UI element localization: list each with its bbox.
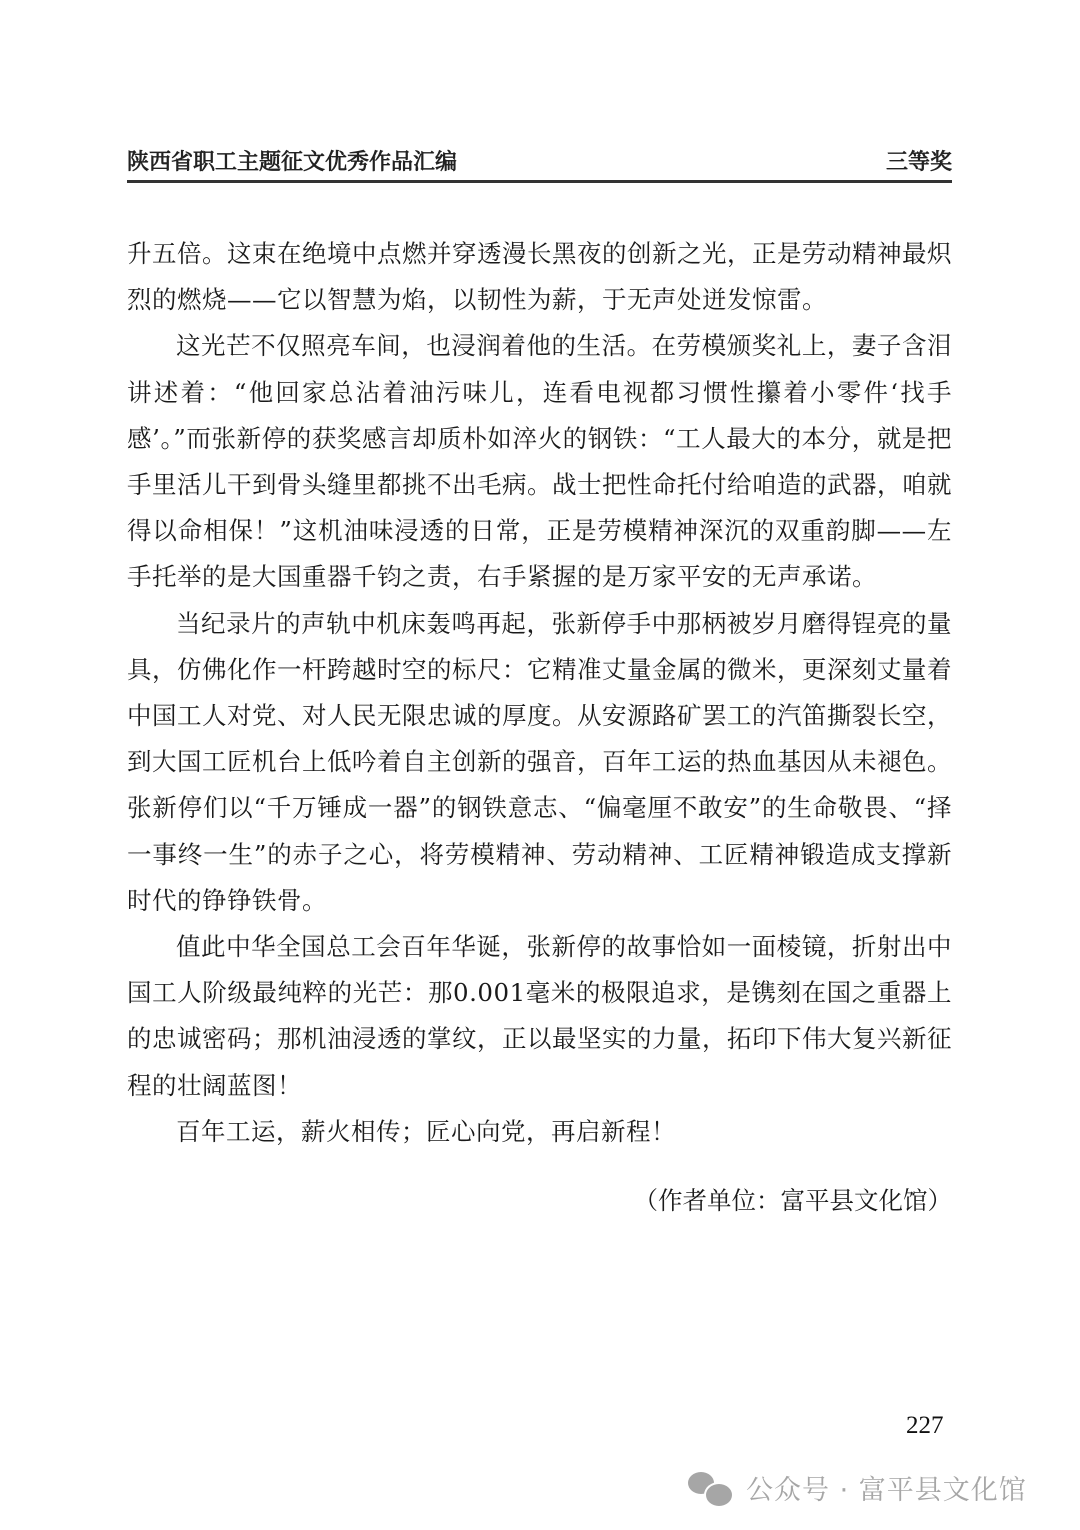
paragraph: 值此中华全国总工会百年华诞，张新停的故事恰如一面棱镜，折射出中国工人阶级最纯粹的… (127, 924, 952, 1109)
article-body: 升五倍。这束在绝境中点燃并穿透漫长黑夜的创新之光，正是劳动精神最炽烈的燃烧——它… (127, 231, 952, 1155)
running-header: 陕西省职工主题征文优秀作品汇编 三等奖 (127, 140, 952, 180)
award-label: 三等奖 (886, 145, 952, 176)
book-title: 陕西省职工主题征文优秀作品汇编 (127, 145, 457, 176)
paragraph: 这光芒不仅照亮车间，也浸润着他的生活。在劳模颁奖礼上，妻子含泪讲述着：“他回家总… (127, 323, 952, 600)
watermark: 公众号 · 富平县文化馆 (688, 1468, 1027, 1507)
wechat-icon (688, 1470, 732, 1506)
watermark-text: 公众号 · 富平县文化馆 (746, 1468, 1027, 1507)
paragraph: 百年工运，薪火相传；匠心向党，再启新程！ (127, 1109, 952, 1155)
paragraph: 升五倍。这束在绝境中点燃并穿透漫长黑夜的创新之光，正是劳动精神最炽烈的燃烧——它… (127, 231, 952, 323)
paragraph: 当纪录片的声轨中机床轰鸣再起，张新停手中那柄被岁月磨得锃亮的量具，仿佛化作一杆跨… (127, 601, 952, 924)
author-affiliation: （作者单位：富平县文化馆） (634, 1178, 953, 1224)
header-divider (127, 180, 952, 183)
page-number: 227 (906, 1412, 944, 1440)
